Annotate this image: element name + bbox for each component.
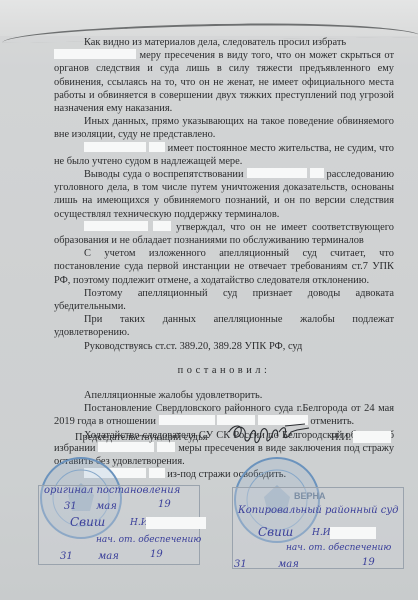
stamp-line-1: оригинал постановления [44,485,180,496]
resolution-2: Постановление Свердловского районного су… [54,402,394,428]
certification-stamp-left: оригинал постановления 31 мая 19 Свиш Н.… [30,455,205,575]
certification-stamp-right: ВЕРНА Копировальный районный суд Свиш Н.… [232,455,412,575]
redacted-initials [153,221,171,231]
redacted-name [247,168,307,178]
stamp-line-3: нач. от. обеспечению [286,543,391,553]
stamp-signature: Свиш [258,525,293,539]
redacted-judge-surname [353,431,391,443]
stamp-date2-year: 19 [362,557,375,568]
stamp-date-year: 19 [158,499,171,510]
redacted-name [159,415,215,425]
paragraph-9: Руководствуясь ст.ст. 389.20, 389.28 УПК… [54,340,394,353]
redacted-initials [310,168,324,178]
paragraph-2: Иных данных, прямо указывающих на такое … [54,115,394,141]
handwritten-signature-icon [225,420,315,450]
paragraph-8: При таких данных апелляционные жалобы по… [54,313,394,339]
judge-label: Председательствующий судья [75,432,208,443]
judge-initials: Н.И. [331,432,351,443]
resolution-1: Апелляционные жалобы удовлетворить. [54,389,394,402]
paragraph-6: С учетом изложенного апелляционный суд с… [54,247,394,287]
stamp-date2-day: 31 [234,559,247,570]
stamp-date2-month: мая [98,551,119,562]
paragraph-3: имеет постоянное место жительства, не су… [54,142,394,168]
redacted-name [84,221,148,231]
stamp-header: ВЕРНА [294,491,326,501]
stamp-signature: Свиш [70,515,105,529]
resolution-heading: постановил: [54,364,394,377]
stamp-date2-month: мая [278,559,299,570]
redacted-name [84,142,146,152]
redacted-surname [146,517,206,529]
stamp-line-3: нач. от. обеспечению [96,535,201,545]
paragraph-7: Поэтому апелляционный суд признает довод… [54,287,394,313]
document-body: Как видно из материалов дела, следовател… [54,36,394,482]
stamp-line-1: Копировальный районный суд [238,505,399,516]
scanned-court-document: Как видно из материалов дела, следовател… [0,0,418,600]
redacted-surname [330,527,376,539]
stamp-date-day: 31 [64,501,77,512]
paragraph-4: Выводы суда о воспрепятствовании расслед… [54,168,394,221]
paragraph-5: утверждал, что он не имеет соответствующ… [54,221,394,247]
paragraph-1: Как видно из материалов дела, следовател… [54,36,394,115]
redacted-name [54,49,136,59]
stamp-date2-year: 19 [150,549,163,560]
stamp-date-month: мая [96,501,117,512]
redacted-initials [149,142,165,152]
stamp-date2-day: 31 [60,551,73,562]
signature-row: Председательствующий судья Н.И. [75,430,395,454]
